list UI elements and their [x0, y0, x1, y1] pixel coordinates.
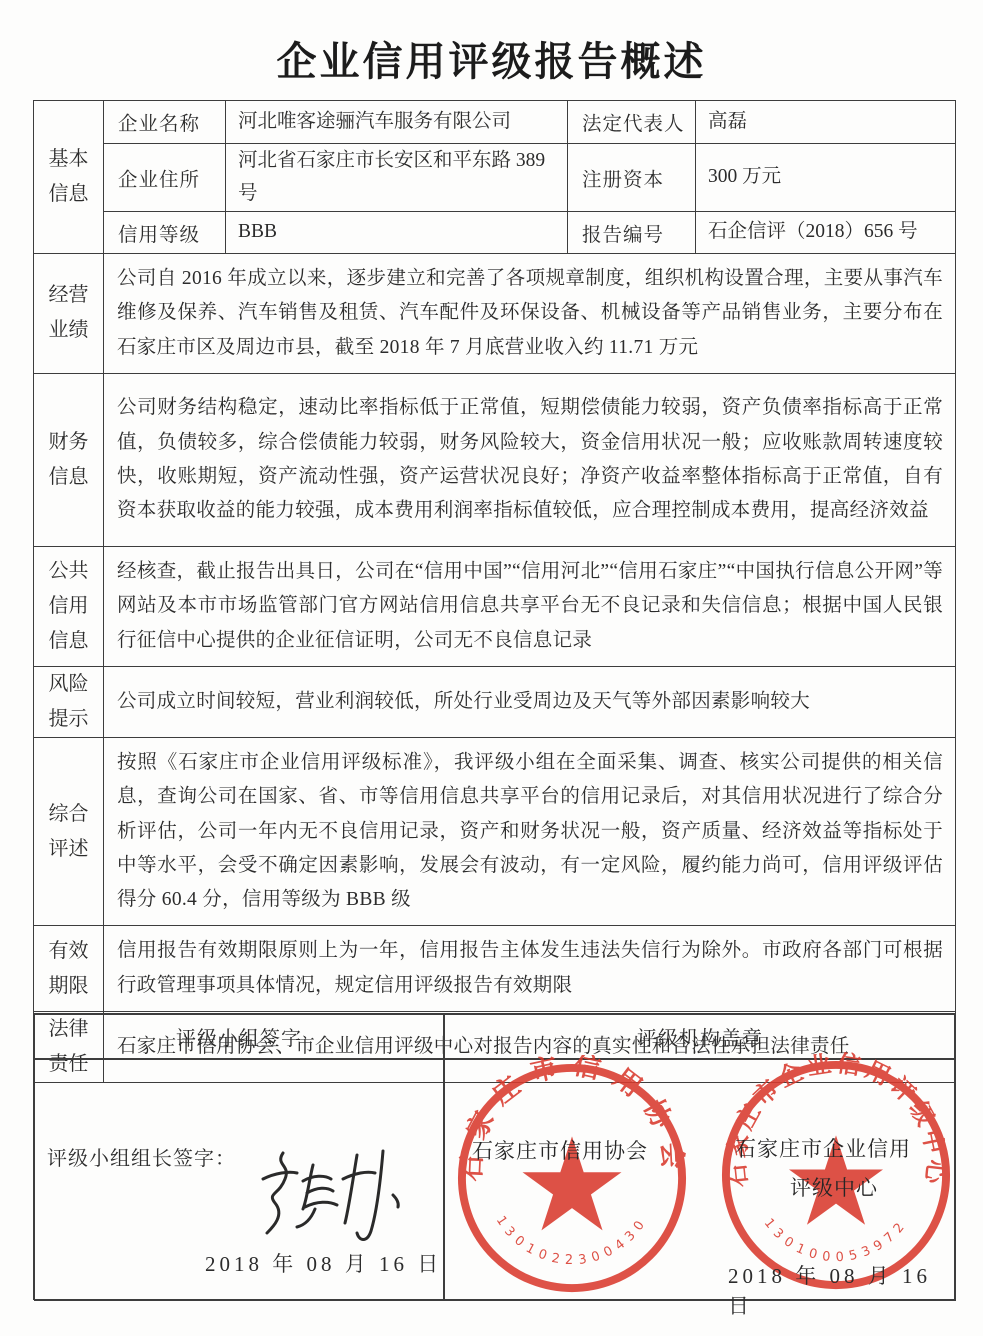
- field-credit-grade-value: BBB: [226, 212, 568, 254]
- agency-stamp-date: 2018 年 08 月 16 日: [728, 1260, 955, 1320]
- svg-text:1301022300430: 1301022300430: [493, 1213, 651, 1268]
- field-address-label: 企业住所: [104, 144, 226, 212]
- stamp-serial-number: 130100053972: [761, 1216, 912, 1266]
- section-business-performance-text: 公司自 2016 年成立以来，逐步建立和完善了各项规章制度，组织机构设置合理，主…: [104, 254, 956, 374]
- page-title: 企业信用评级报告概述: [0, 0, 983, 70]
- section-financial-info-label: 财务信息: [34, 373, 104, 546]
- credit-association-stamp: 石家庄市信用协会 1301022300430: [453, 1055, 691, 1307]
- section-risk-notice: 风险提示 公司成立时间较短，营业利润较低，所处行业受周边及天气等外部因素影响较大: [34, 666, 956, 737]
- section-basic-info-label: 基本信息: [47, 142, 91, 212]
- stamp-overlay-center-name-line2: 评级中心: [790, 1172, 878, 1202]
- team-leader-signature-label: 评级小组组长签字：: [47, 1142, 236, 1171]
- stamp-serial-number: 1301022300430: [493, 1213, 651, 1268]
- row-company-address: 企业住所 河北省石家庄市长安区和平东路 389 号 注册资本 300 万元: [34, 144, 956, 212]
- section-financial-info: 财务信息 公司财务结构稳定，速动比率指标低于正常值，短期偿债能力较弱，资产负债率…: [34, 373, 956, 546]
- section-validity-period-text: 信用报告有效期限原则上为一年，信用报告主体发生违法失信行为除外。市政府各部门可根…: [104, 926, 956, 1012]
- field-registered-capital-value: 300 万元: [696, 144, 956, 212]
- stamp-overlay-association-name: 石家庄市信用协会: [472, 1135, 648, 1165]
- section-public-credit-info-label: 公共信用信息: [34, 546, 104, 666]
- section-risk-notice-text: 公司成立时间较短，营业利润较低，所处行业受周边及天气等外部因素影响较大: [104, 666, 956, 737]
- field-legal-rep-label: 法定代表人: [568, 101, 696, 144]
- section-validity-period-label: 有效期限: [34, 926, 104, 1012]
- section-business-performance: 经营业绩 公司自 2016 年成立以来，逐步建立和完善了各项规章制度，组织机构设…: [34, 254, 956, 374]
- field-company-name-value: 河北唯客途骊汽车服务有限公司: [226, 101, 568, 144]
- rating-agency-stamp-cell: 石家庄市信用协会 1301022300430 石家庄市企业信用评级中心: [444, 1059, 956, 1301]
- row-company-name: 基本信息 企业名称 河北唯客途骊汽车服务有限公司 法定代表人 高磊: [34, 101, 956, 144]
- report-table: 基本信息 企业名称 河北唯客途骊汽车服务有限公司 法定代表人 高磊 企业住所 河…: [33, 100, 956, 1083]
- field-credit-grade-label: 信用等级: [104, 212, 226, 254]
- section-overall-review: 综合评述 按照《石家庄市企业信用评级标准》，我评级小组在全面采集、调查、核实公司…: [34, 737, 956, 926]
- section-validity-period: 有效期限 信用报告有效期限原则上为一年，信用报告主体发生违法失信行为除外。市政府…: [34, 926, 956, 1012]
- field-address-value: 河北省石家庄市长安区和平东路 389 号: [226, 144, 568, 212]
- row-credit-grade: 信用等级 BBB 报告编号 石企信评（2018）656 号: [34, 212, 956, 254]
- field-company-name-label: 企业名称: [104, 101, 226, 144]
- section-public-credit-info-text: 经核查，截止报告出具日，公司在“信用中国”“信用河北”“信用石家庄”“中国执行信…: [104, 546, 956, 666]
- section-public-credit-info: 公共信用信息 经核查，截止报告出具日，公司在“信用中国”“信用河北”“信用石家庄…: [34, 546, 956, 666]
- rating-team-signature-header: 评级小组签字: [34, 1014, 444, 1059]
- section-risk-notice-label: 风险提示: [34, 666, 104, 737]
- team-signature-date: 2018 年 08 月 16 日: [205, 1248, 442, 1278]
- section-overall-review-text: 按照《石家庄市企业信用评级标准》，我评级小组在全面采集、调查、核实公司提供的相关…: [104, 737, 956, 926]
- signature-stamp-section: 评级小组签字 评级机构盖章 评级小组组长签字： 2018 年 08 月 16 日: [33, 1013, 955, 1300]
- field-legal-rep-value: 高磊: [696, 101, 956, 144]
- field-report-number-value: 石企信评（2018）656 号: [696, 212, 956, 254]
- rating-team-signature-cell: 评级小组组长签字： 2018 年 08 月 16 日: [34, 1059, 444, 1301]
- stamp-overlay-center-name-line1: 石家庄市企业信用: [735, 1133, 911, 1163]
- field-registered-capital-label: 注册资本: [568, 144, 696, 212]
- field-report-number-label: 报告编号: [568, 212, 696, 254]
- svg-text:130100053972: 130100053972: [761, 1216, 912, 1266]
- section-basic-info: 基本信息: [34, 101, 104, 254]
- handwritten-signature: [245, 1135, 430, 1250]
- section-overall-review-label: 综合评述: [34, 737, 104, 926]
- section-financial-info-text: 公司财务结构稳定，速动比率指标低于正常值，短期偿债能力较弱，资产负债率指标高于正…: [104, 373, 956, 546]
- section-business-performance-label: 经营业绩: [34, 254, 104, 374]
